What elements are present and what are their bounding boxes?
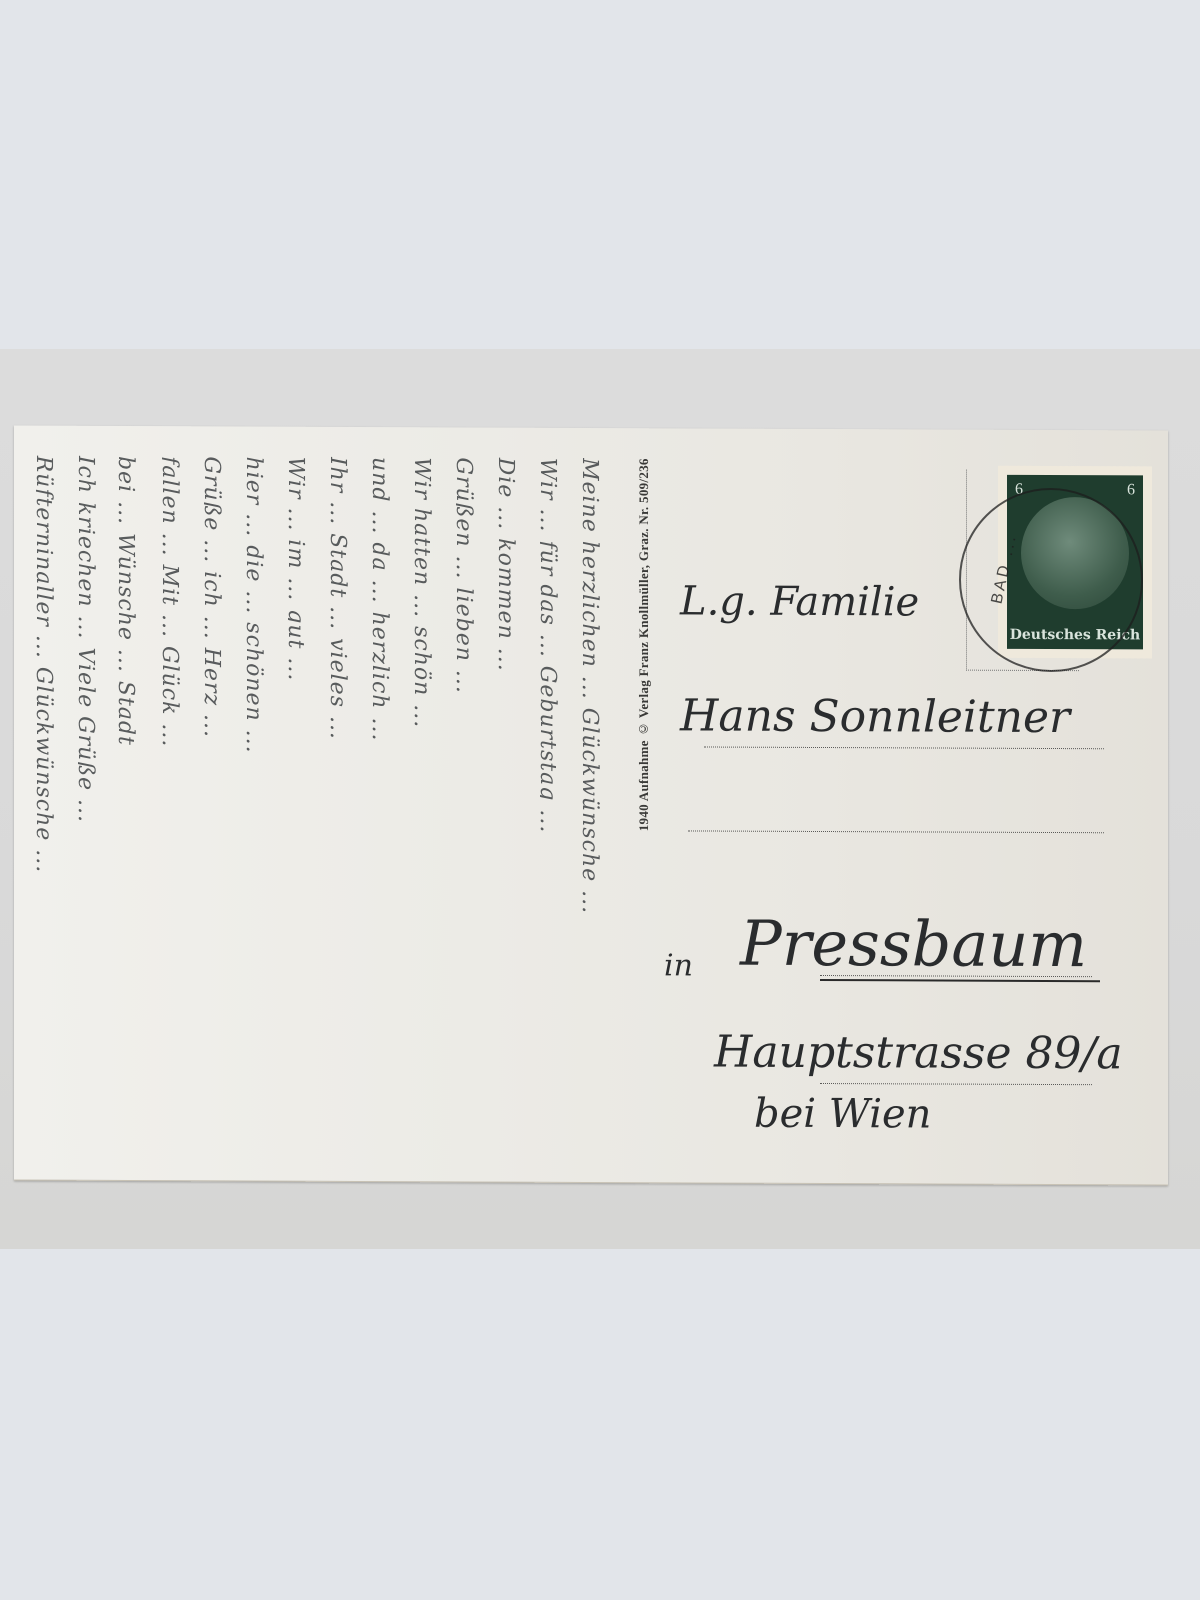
message-column: Wir hatten ... schön ...: [414, 457, 434, 1147]
postmark-text: BAD ...: [989, 532, 1022, 606]
address-city: Pressbaum: [740, 907, 1087, 982]
message-column: Die ... kommen ...: [498, 458, 518, 1148]
address-name: Hans Sonnleitner: [680, 690, 1070, 743]
postcard: Rüfterninaller ... Glückwünsche ... Ich …: [14, 425, 1168, 1185]
message-column: fallen ... Mit ... Glück ...: [162, 456, 182, 1146]
address-prefix: in: [664, 948, 693, 983]
message-column: Meine herzlichen ... Glückwünsche ...: [582, 458, 602, 1148]
message-column: hier ... die ... schönen ...: [246, 456, 266, 1146]
message-column: bei ... Wünsche ... Stadt: [118, 456, 138, 1146]
postmark: BAD ...: [959, 488, 1143, 673]
address-line: [688, 830, 1104, 833]
message-column: Grüße ... ich ... Herz ...: [204, 456, 224, 1146]
publisher-imprint: 1940 Aufnahme © Verlag Franz Knollmüller…: [636, 458, 652, 1148]
message-column: Wir ... im ... gut ...: [288, 457, 308, 1147]
address-line: [704, 746, 1104, 749]
message-column: Wir ... für das ... Geburtstag ...: [540, 458, 560, 1148]
address-line: [820, 1083, 1092, 1085]
address-salutation: L.g. Familie: [680, 578, 919, 625]
message-column: Ihr ... Stadt ... vieles ...: [330, 457, 350, 1147]
message-column: Rüfterninaller ... Glückwünsche ...: [36, 456, 56, 1146]
message-column: Grüßen ... lieben ...: [456, 457, 476, 1147]
address-street: Hauptstrasse 89/a: [714, 1027, 1123, 1080]
stamp-value: 6: [1127, 481, 1135, 499]
message-column: Ich kriechen ... Viele Grüße ...: [78, 456, 98, 1146]
message-column: und ... da ... herzlich ...: [372, 457, 392, 1147]
city-underline: [820, 979, 1100, 982]
address-region: bei Wien: [754, 1091, 931, 1138]
